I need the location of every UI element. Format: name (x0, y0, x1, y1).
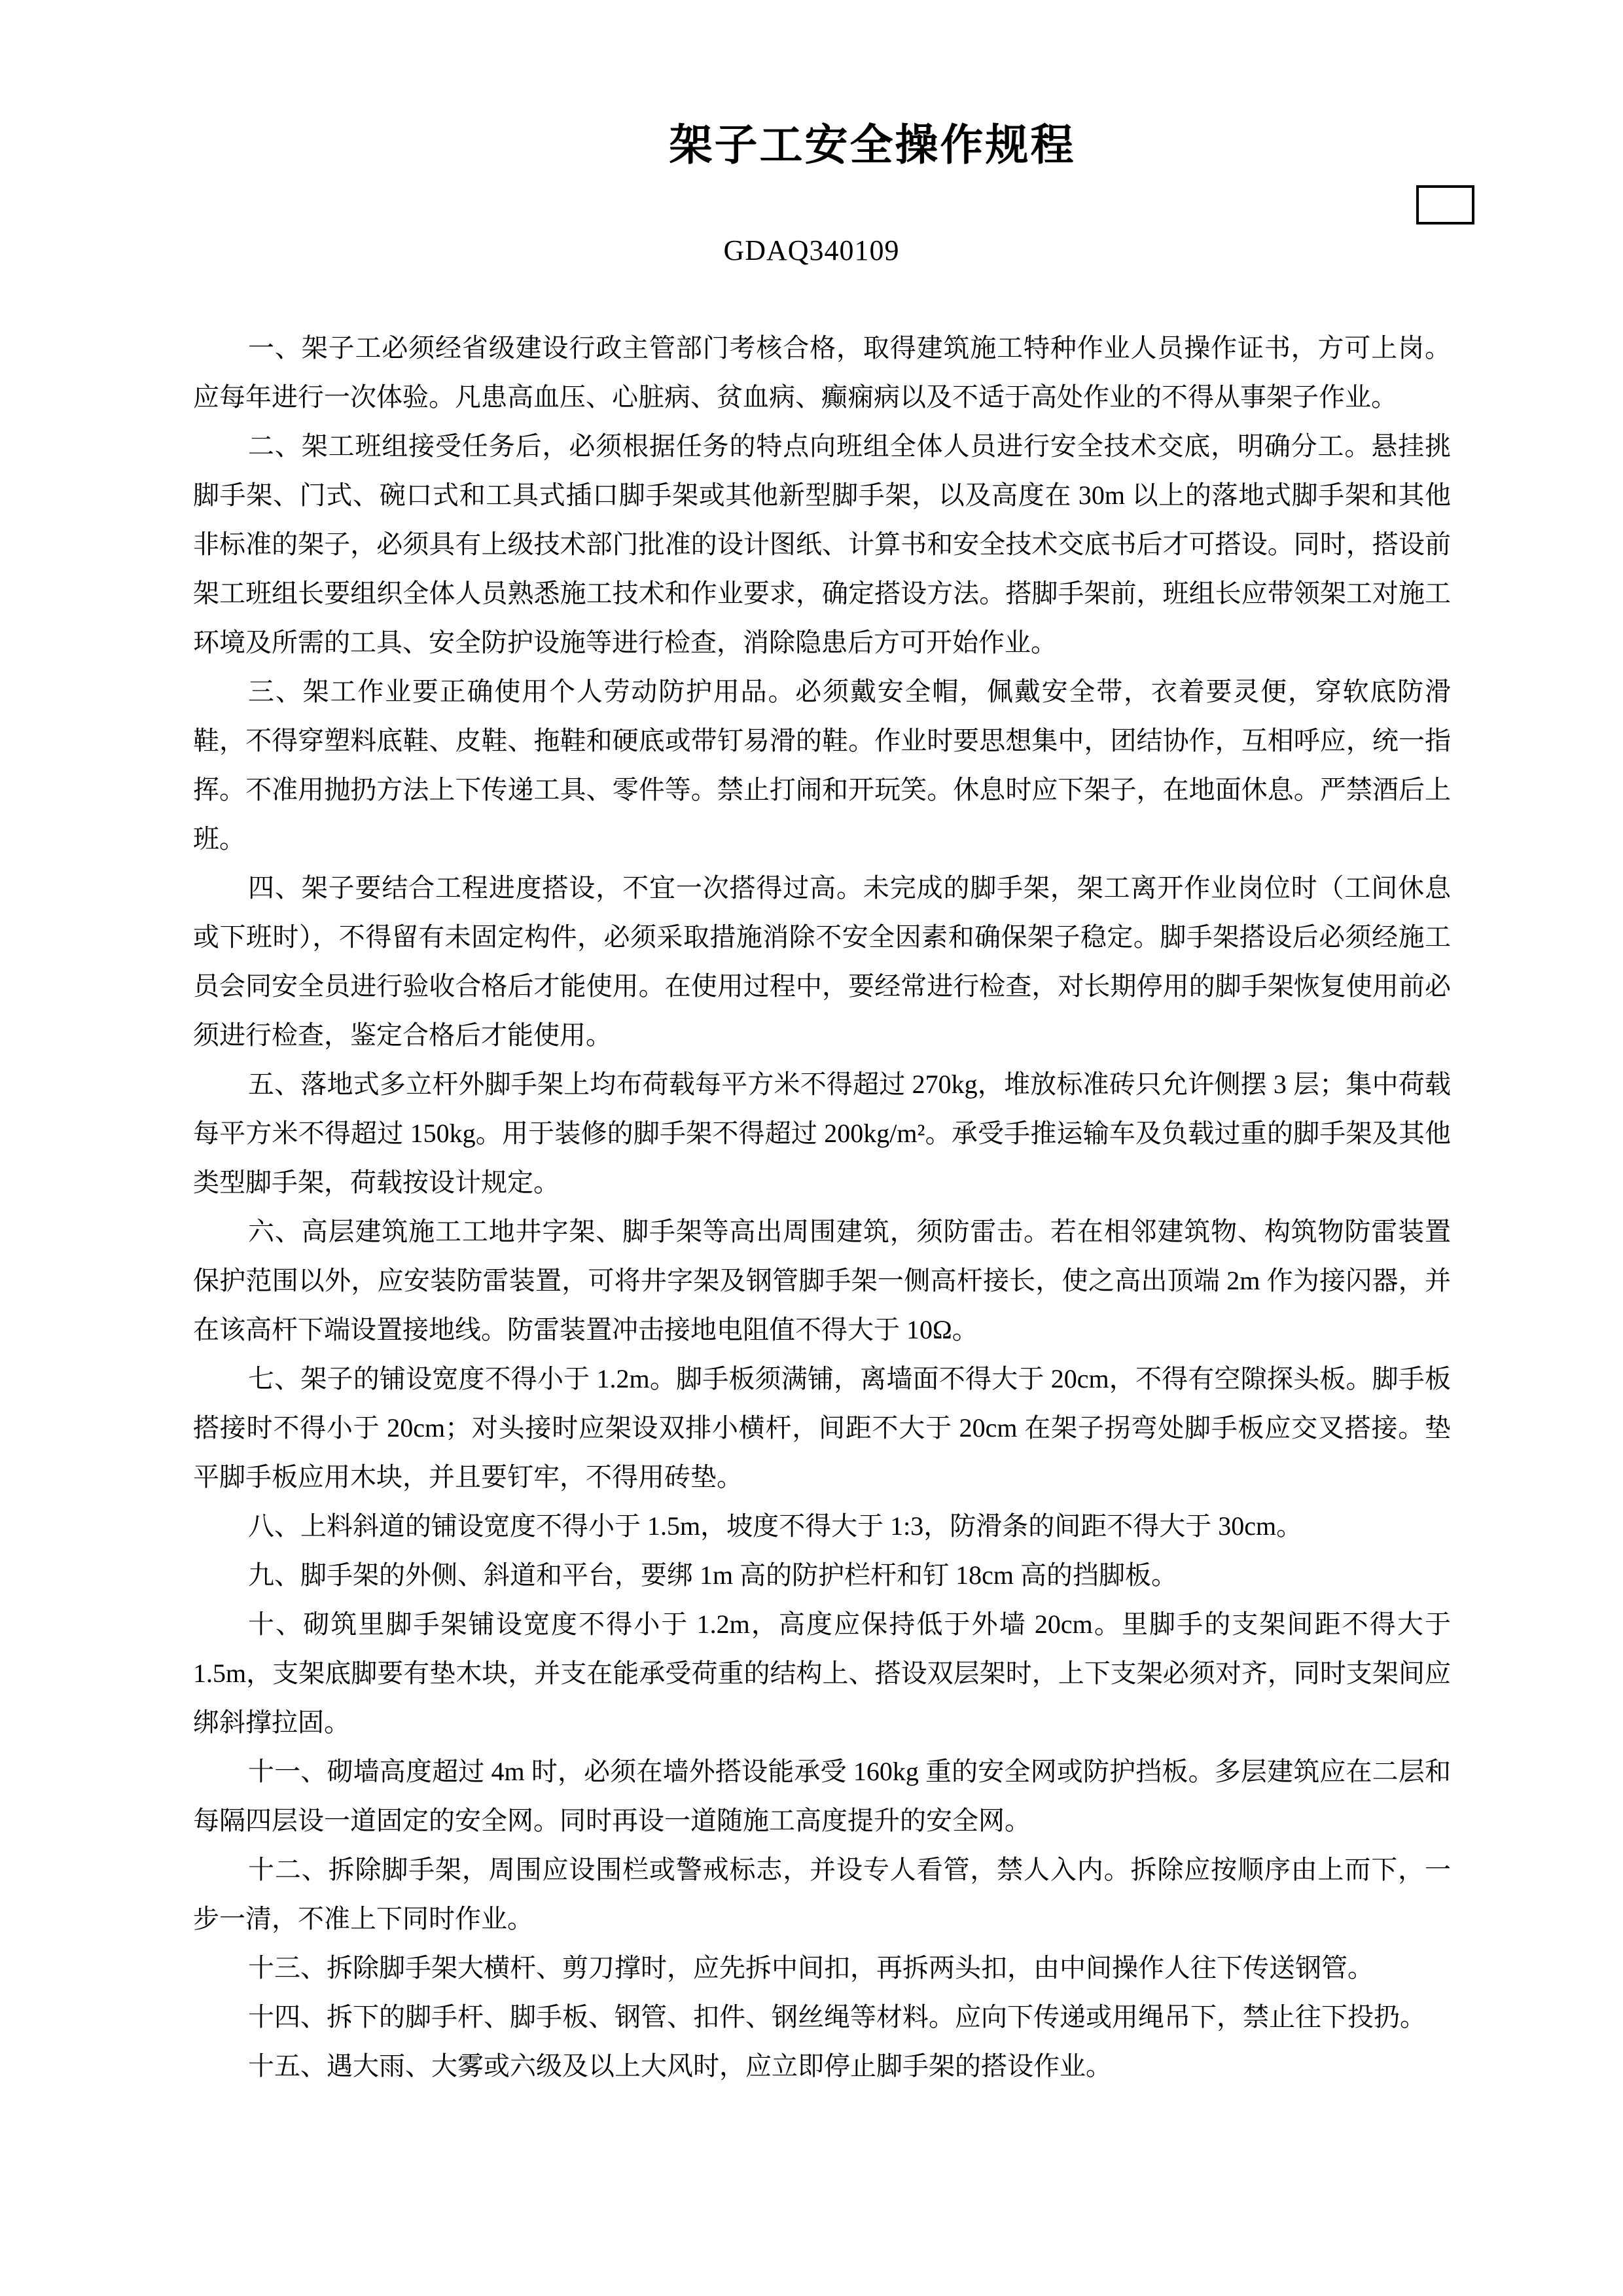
rules-body: 一、架子工必须经省级建设行政主管部门考核合格，取得建筑施工特种作业人员操作证书，… (193, 323, 1451, 2090)
document-page: 架子工安全操作规程 GDAQ340109 一、架子工必须经省级建设行政主管部门考… (0, 0, 1623, 2296)
document-title: 架子工安全操作规程 (0, 119, 1623, 170)
rule-item-13: 十三、拆除脚手架大横杆、剪刀撑时，应先拆中间扣，再拆两头扣，由中间操作人往下传送… (193, 1943, 1451, 1992)
rule-item-11: 十一、砌墙高度超过 4m 时，必须在墙外搭设能承受 160kg 重的安全网或防护… (193, 1747, 1451, 1845)
rule-item-12: 十二、拆除脚手架，周围应设围栏或警戒标志，并设专人看管，禁人入内。拆除应按顺序由… (193, 1845, 1451, 1943)
rule-item-5: 五、落地式多立杆外脚手架上均布荷载每平方米不得超过 270kg，堆放标准砖只允许… (193, 1060, 1451, 1207)
document-number: GDAQ340109 (0, 233, 1623, 268)
rule-item-9: 九、脚手架的外侧、斜道和平台，要绑 1m 高的防护栏杆和钉 18cm 高的挡脚板… (193, 1551, 1451, 1600)
rule-item-8: 八、上料斜道的铺设宽度不得小于 1.5m，坡度不得大于 1:3，防滑条的间距不得… (193, 1501, 1451, 1551)
rule-item-2: 二、架工班组接受任务后，必须根据任务的特点向班组全体人员进行安全技术交底，明确分… (193, 422, 1451, 667)
document-title-text: 架子工安全操作规程 (669, 119, 1076, 170)
rule-item-6: 六、高层建筑施工工地井字架、脚手架等高出周围建筑，须防雷击。若在相邻建筑物、构筑… (193, 1207, 1451, 1354)
rule-item-1: 一、架子工必须经省级建设行政主管部门考核合格，取得建筑施工特种作业人员操作证书，… (193, 323, 1451, 422)
empty-frame-box (1416, 185, 1474, 224)
rule-item-3: 三、架工作业要正确使用个人劳动防护用品。必须戴安全帽，佩戴安全带，衣着要灵便，穿… (193, 667, 1451, 863)
rule-item-4: 四、架子要结合工程进度搭设，不宜一次搭得过高。未完成的脚手架，架工离开作业岗位时… (193, 863, 1451, 1060)
rule-item-14: 十四、拆下的脚手杆、脚手板、钢管、扣件、钢丝绳等材料。应向下传递或用绳吊下，禁止… (193, 1992, 1451, 2041)
rule-item-10: 十、砌筑里脚手架铺设宽度不得小于 1.2m，高度应保持低于外墙 20cm。里脚手… (193, 1600, 1451, 1747)
rule-item-15: 十五、遇大雨、大雾或六级及以上大风时，应立即停止脚手架的搭设作业。 (193, 2041, 1451, 2090)
rule-item-7: 七、架子的铺设宽度不得小于 1.2m。脚手板须满铺，离墙面不得大于 20cm，不… (193, 1354, 1451, 1501)
